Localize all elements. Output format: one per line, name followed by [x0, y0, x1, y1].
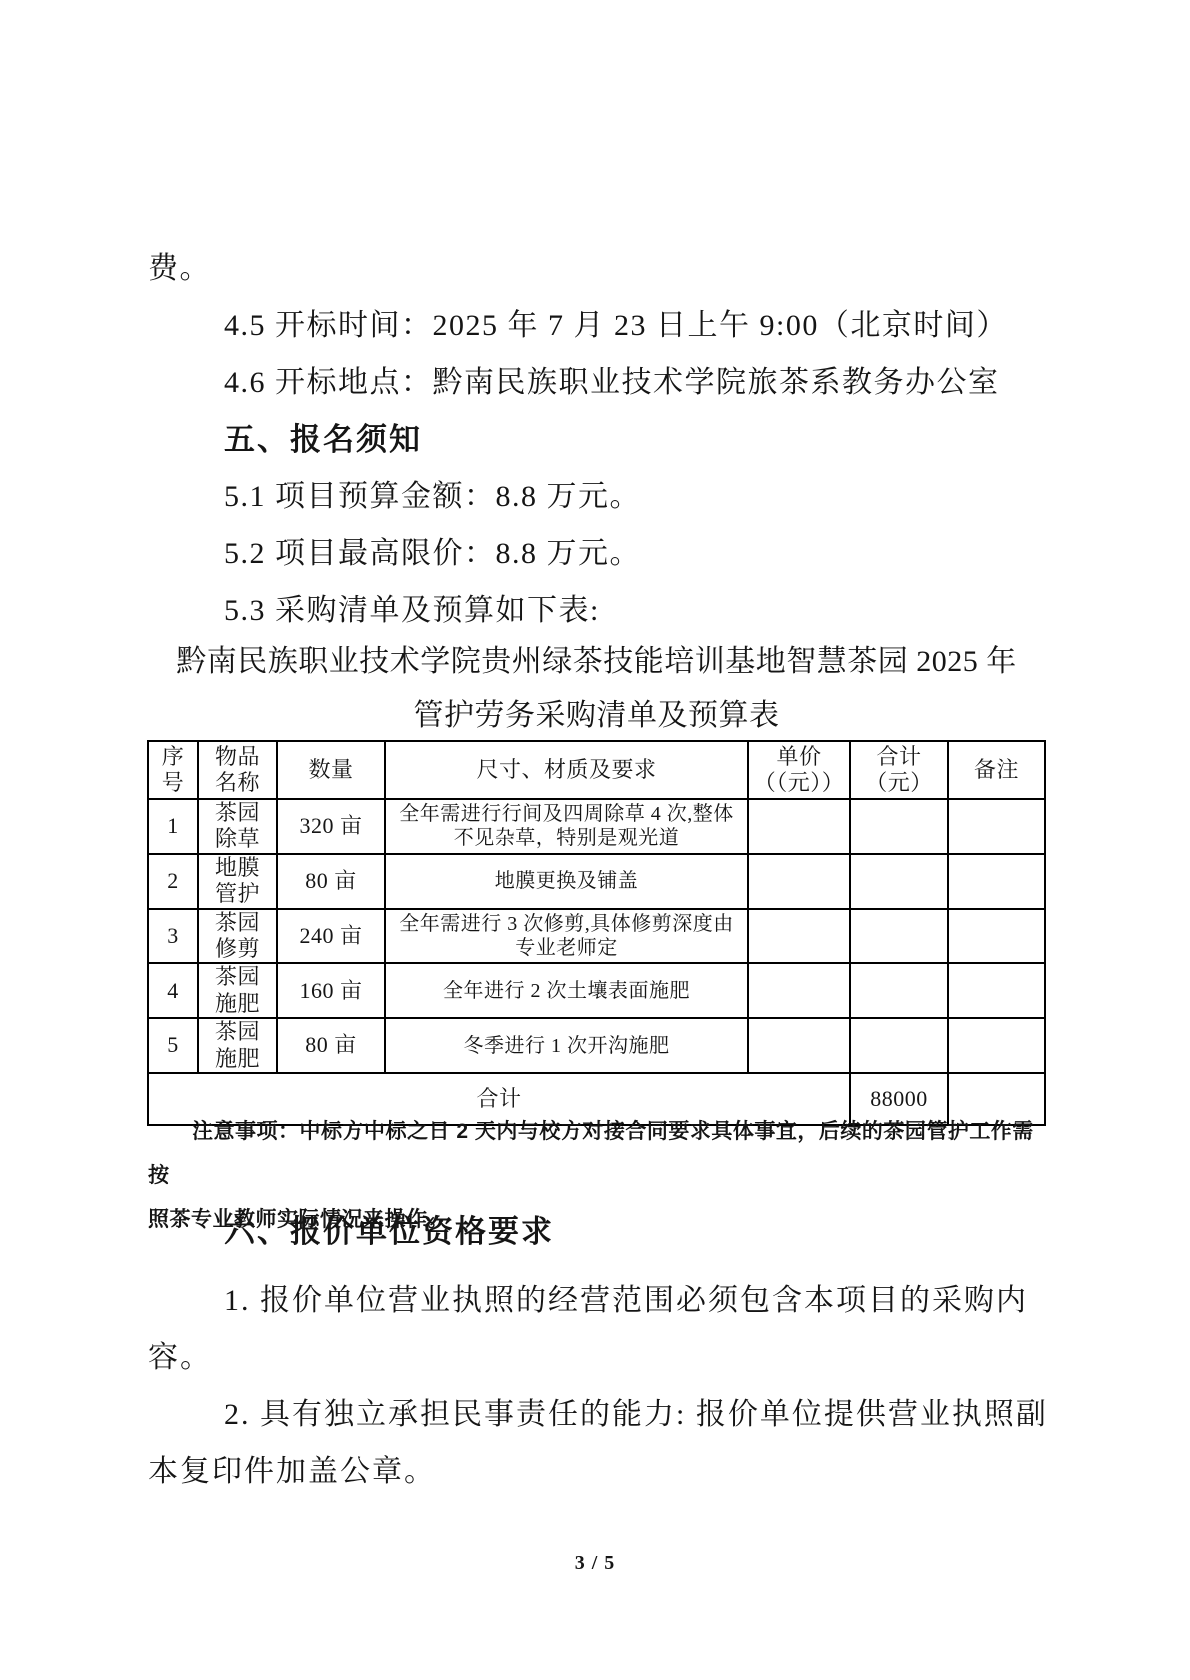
clause-fee-tail: 费。	[148, 240, 1045, 297]
clause-4-5: 4.5 开标时间：2025 年 7 月 23 日上午 9:00（北京时间）	[148, 297, 1045, 354]
clause-6-2-line-1: 2. 具有独立承担民事责任的能力: 报价单位提供营业执照副	[148, 1386, 1045, 1443]
cell-spec: 地膜更换及铺盖	[385, 854, 748, 909]
cell-total	[850, 799, 948, 854]
page-number: 3 / 5	[0, 1552, 1190, 1575]
cell-spec: 冬季进行 1 次开沟施肥	[385, 1018, 748, 1073]
table-header-row: 序 号 物品 名称 数量 尺寸、材质及要求 单价 （（元）） 合计 （元） 备注	[148, 741, 1045, 799]
cell-item-name: 茶园 修剪	[198, 909, 277, 964]
cell-unit-price	[748, 854, 850, 909]
cell-spec: 全年需进行 3 次修剪,具体修剪深度由 专业老师定	[385, 909, 748, 964]
upper-text-block: 费。 4.5 开标时间：2025 年 7 月 23 日上午 9:00（北京时间）…	[148, 240, 1045, 639]
document-page: { "document": { "lines": { "fee": "费。", …	[0, 0, 1190, 1680]
cell-quantity: 160 亩	[277, 963, 385, 1018]
clause-4-6: 4.6 开标地点：黔南民族职业技术学院旅茶系教务办公室	[148, 354, 1045, 411]
cell-unit-price	[748, 799, 850, 854]
header-remark: 备注	[948, 741, 1045, 799]
cell-total	[850, 909, 948, 964]
clause-5-3: 5.3 采购清单及预算如下表:	[148, 582, 1045, 639]
clause-6-2-line-2: 本复印件加盖公章。	[148, 1443, 1045, 1500]
cell-serial: 5	[148, 1018, 198, 1073]
cell-item-name: 茶园 除草	[198, 799, 277, 854]
cell-quantity: 320 亩	[277, 799, 385, 854]
section-5-heading: 五、报名须知	[148, 411, 1045, 468]
header-item-name: 物品 名称	[198, 741, 277, 799]
cell-remark	[948, 799, 1045, 854]
cell-unit-price	[748, 963, 850, 1018]
cell-unit-price	[748, 909, 850, 964]
cell-remark	[948, 1018, 1045, 1073]
table-title-line-1: 黔南民族职业技术学院贵州绿茶技能培训基地智慧茶园 2025 年	[148, 636, 1045, 688]
cell-item-name: 茶园 施肥	[198, 1018, 277, 1073]
table-row-2: 2 地膜 管护 80 亩 地膜更换及铺盖	[148, 854, 1045, 909]
cell-serial: 3	[148, 909, 198, 964]
header-quantity: 数量	[277, 741, 385, 799]
header-unit-price: 单价 （（元））	[748, 741, 850, 799]
cell-unit-price	[748, 1018, 850, 1073]
cell-quantity: 240 亩	[277, 909, 385, 964]
header-total: 合计 （元）	[850, 741, 948, 799]
table-row-3: 3 茶园 修剪 240 亩 全年需进行 3 次修剪,具体修剪深度由 专业老师定	[148, 909, 1045, 964]
cell-spec: 全年需进行行间及四周除草 4 次,整体 不见杂草，特别是观光道	[385, 799, 748, 854]
table-title-line-2: 管护劳务采购清单及预算表	[148, 690, 1045, 742]
clause-5-1: 5.1 项目预算金额：8.8 万元。	[148, 468, 1045, 525]
cell-serial: 2	[148, 854, 198, 909]
cell-remark	[948, 909, 1045, 964]
cell-item-name: 地膜 管护	[198, 854, 277, 909]
header-spec: 尺寸、材质及要求	[385, 741, 748, 799]
clause-6-1-line-2: 容。	[148, 1329, 1045, 1386]
cell-total	[850, 963, 948, 1018]
cell-total	[850, 1018, 948, 1073]
cell-total	[850, 854, 948, 909]
cell-serial: 4	[148, 963, 198, 1018]
section-6-body: 1. 报价单位营业执照的经营范围必须包含本项目的采购内 容。 2. 具有独立承担…	[148, 1272, 1045, 1500]
clause-6-1-line-1: 1. 报价单位营业执照的经营范围必须包含本项目的采购内	[148, 1272, 1045, 1329]
cell-spec: 全年进行 2 次土壤表面施肥	[385, 963, 748, 1018]
table-row-1: 1 茶园 除草 320 亩 全年需进行行间及四周除草 4 次,整体 不见杂草，特…	[148, 799, 1045, 854]
cell-remark	[948, 963, 1045, 1018]
cell-remark	[948, 854, 1045, 909]
header-serial-number: 序 号	[148, 741, 198, 799]
clause-5-2: 5.2 项目最高限价：8.8 万元。	[148, 525, 1045, 582]
cell-serial: 1	[148, 799, 198, 854]
cell-quantity: 80 亩	[277, 1018, 385, 1073]
procurement-table: 序 号 物品 名称 数量 尺寸、材质及要求 单价 （（元）） 合计 （元） 备注…	[147, 740, 1046, 1126]
cell-item-name: 茶园 施肥	[198, 963, 277, 1018]
table-row-4: 4 茶园 施肥 160 亩 全年进行 2 次土壤表面施肥	[148, 963, 1045, 1018]
cell-quantity: 80 亩	[277, 854, 385, 909]
table-row-5: 5 茶园 施肥 80 亩 冬季进行 1 次开沟施肥	[148, 1018, 1045, 1073]
section-6-heading: 六、报价单位资格要求	[148, 1210, 1121, 1254]
